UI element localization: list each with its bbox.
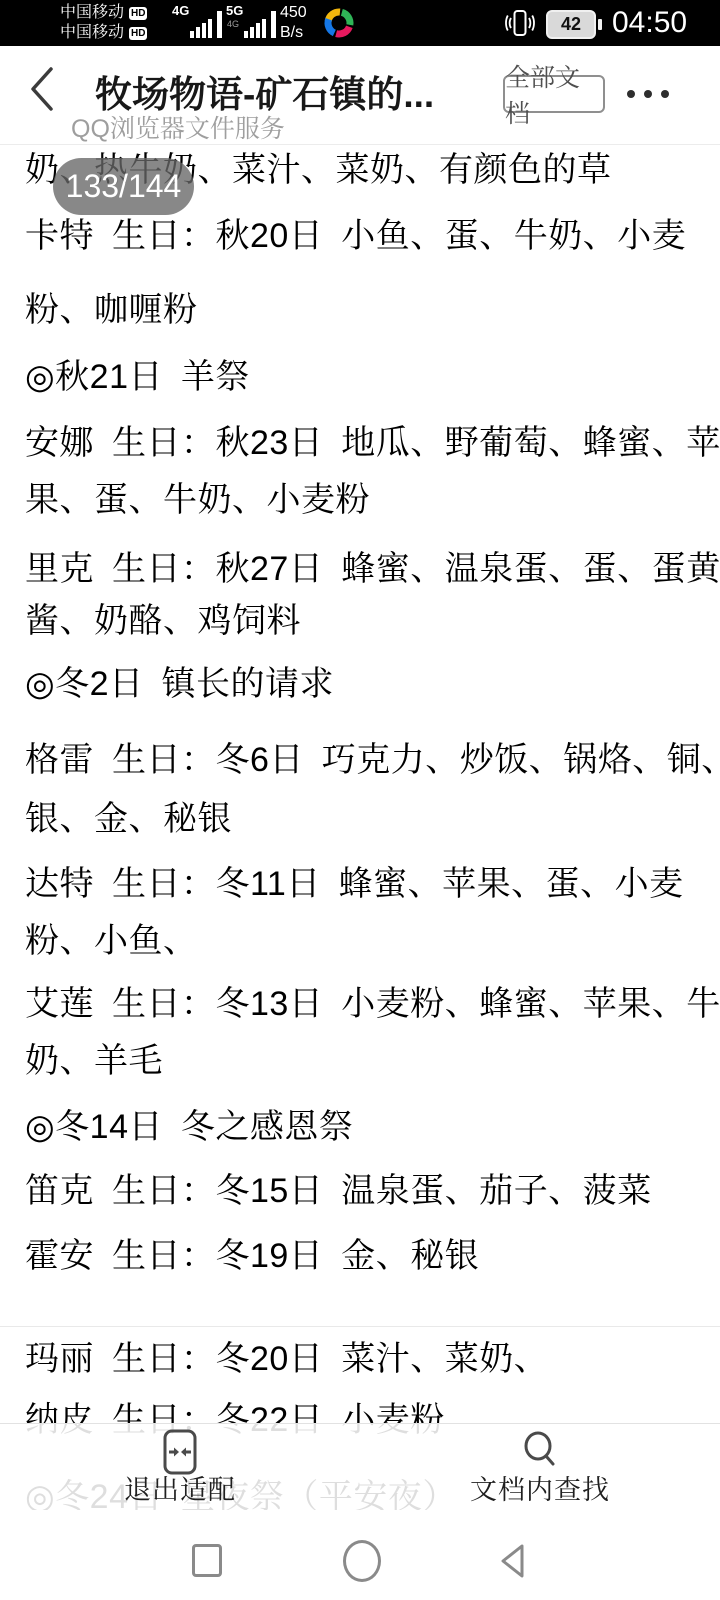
find-in-doc-button[interactable]: 文档内查找 [440, 1428, 640, 1511]
exit-fit-button[interactable]: 退出适配 [80, 1428, 280, 1511]
doc-line: 格雷 生日：冬6日 巧克力、炒饭、锅烙、铜、 [25, 738, 720, 782]
doc-line: 霍安 生日：冬19日 金、秘银 [25, 1234, 479, 1278]
doc-line: 笛克 生日：冬15日 温泉蛋、茄子、菠菜 [25, 1169, 652, 1213]
back-nav-button triangle-icon[interactable] [496, 1542, 530, 1580]
find-in-doc-label: 文档内查找 [470, 1476, 610, 1504]
page-divider [0, 1326, 720, 1327]
doc-line: ◎冬14日 冬之感恩祭 [25, 1105, 353, 1149]
doc-line: 果、蛋、牛奶、小麦粉 [25, 478, 370, 522]
recents-button square-icon[interactable] [192, 1544, 222, 1577]
doc-line: ◎冬2日 镇长的请求 [25, 662, 334, 706]
bottom-toolbar: 退出适配 文档内查找 [0, 1423, 720, 1511]
search-icon [520, 1430, 560, 1474]
doc-line: 里克 生日：秋27日 蜂蜜、温泉蛋、蛋、蛋黄 [25, 547, 720, 591]
page-indicator-badge: 133/144 [53, 158, 194, 215]
fit-screen-icon [161, 1428, 199, 1476]
doc-line: 粉、咖喱粉 [25, 288, 198, 332]
doc-line: 酱、奶酪、鸡饲料 [25, 599, 301, 643]
doc-line: 安娜 生日：秋23日 地瓜、野葡萄、蜂蜜、苹 [25, 421, 720, 465]
home-button circle-icon[interactable] [343, 1540, 381, 1582]
doc-line: ◎秋21日 羊祭 [25, 355, 250, 399]
exit-fit-label: 退出适配 [124, 1476, 236, 1504]
doc-line: 玛丽 生日：冬20日 菜汁、菜奶、 [25, 1337, 548, 1381]
doc-line: 奶、羊毛 [25, 1039, 163, 1083]
doc-line: 达特 生日：冬11日 蜂蜜、苹果、蛋、小麦 [25, 862, 684, 906]
document-content: 奶、热牛奶、菜汁、菜奶、有颜色的草 卡特 生日：秋20日 小鱼、蛋、牛奶、小麦 … [0, 0, 720, 1600]
doc-line: 银、金、秘银 [25, 797, 232, 841]
doc-line: 艾莲 生日：冬13日 小麦粉、蜂蜜、苹果、牛 [25, 982, 720, 1026]
doc-line: 粉、小鱼、 [25, 919, 198, 963]
phone-screen: 中国移动 HD 中国移动 HD 4G 5G 4G [0, 0, 720, 1600]
doc-line: 卡特 生日：秋20日 小鱼、蛋、牛奶、小麦 [25, 214, 686, 258]
android-navbar [0, 1510, 720, 1600]
